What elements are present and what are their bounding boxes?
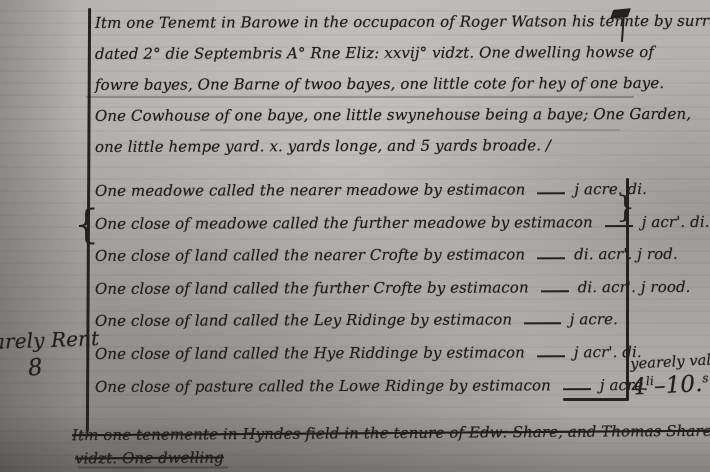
parcel-text: One close of land called the nearer Crof…	[95, 246, 525, 266]
header-line: one little hempe yard. x. yards longe, a…	[95, 130, 618, 163]
parcel-acreage: j acr'. di.	[642, 212, 710, 230]
parcel-row: One close of pasture called the Lowe Rid…	[95, 376, 618, 410]
parcel-acreage: di. acr'. j rod.	[574, 245, 678, 263]
parcel-text: One close of land called the Ley Ridinge…	[95, 311, 512, 330]
header-line: dated 2° die Septembris A° Rne Eliz: xxv…	[95, 37, 618, 70]
parcel-row: One close of land called the Ley Ridinge…	[95, 310, 618, 344]
parcel-row: One meadowe called the nearer meadowe by…	[95, 180, 618, 214]
parcel-acreage: j acre.	[570, 310, 618, 328]
parcel-text: One close of meadowe called the further …	[95, 213, 593, 233]
parcel-acreage: di. acr'. j rood.	[578, 278, 691, 296]
header-line: fowre bayes, One Barne of twoo bayes, on…	[95, 68, 618, 101]
header-line: One Cowhouse of one baye, one little swy…	[95, 99, 618, 132]
header-line: Itm one Tenemt in Barowe in the occupaco…	[95, 6, 618, 39]
parcel-text: One close of land called the Hye Ridding…	[95, 343, 525, 363]
pounds-figure: 4	[631, 374, 647, 401]
yearly-rent-amount: 8	[27, 354, 44, 381]
parcel-row: One close of meadowe called the further …	[95, 213, 618, 247]
yearly-value-label: yearely valew	[630, 351, 710, 372]
parcel-acreage: j acre. di.	[574, 180, 647, 198]
leader-line	[563, 388, 591, 390]
manuscript-page: { } Itm one Tenemt in Barowe in the occu…	[0, 0, 710, 472]
leader-line	[605, 225, 633, 227]
leader-line	[524, 323, 561, 325]
yearly-value-amount: 4li–10.s	[631, 369, 710, 400]
struck-entry-line: Itm one tenemente in Hyndes field in the…	[72, 422, 710, 444]
shillings-unit: s	[702, 371, 709, 385]
parcel-row: One close of land called the further Cro…	[95, 278, 618, 312]
shillings-figure: 10.	[665, 371, 703, 399]
parcel-text: One close of pasture called the Lowe Rid…	[95, 376, 551, 396]
entry-header: Itm one Tenemt in Barowe in the occupaco…	[95, 7, 618, 162]
parcel-list: One meadowe called the nearer meadowe by…	[95, 181, 618, 409]
yearly-value-annotation: yearely valew 4li–10.s	[630, 351, 710, 400]
parcel-text: One close of land called the further Cro…	[95, 278, 529, 298]
parcel-row: One close of land called the nearer Crof…	[95, 245, 618, 279]
parcel-text: One meadowe called the nearer meadowe by…	[95, 180, 525, 200]
parcel-row: One close of land called the Hye Ridding…	[95, 343, 618, 377]
leader-line	[537, 257, 565, 259]
leader-line	[537, 192, 565, 194]
leader-line	[537, 355, 565, 357]
leader-line	[541, 290, 569, 292]
yearly-rent-label: arely Rent	[0, 326, 100, 354]
struck-entry-line: vidzt. One dwelling	[75, 448, 224, 467]
